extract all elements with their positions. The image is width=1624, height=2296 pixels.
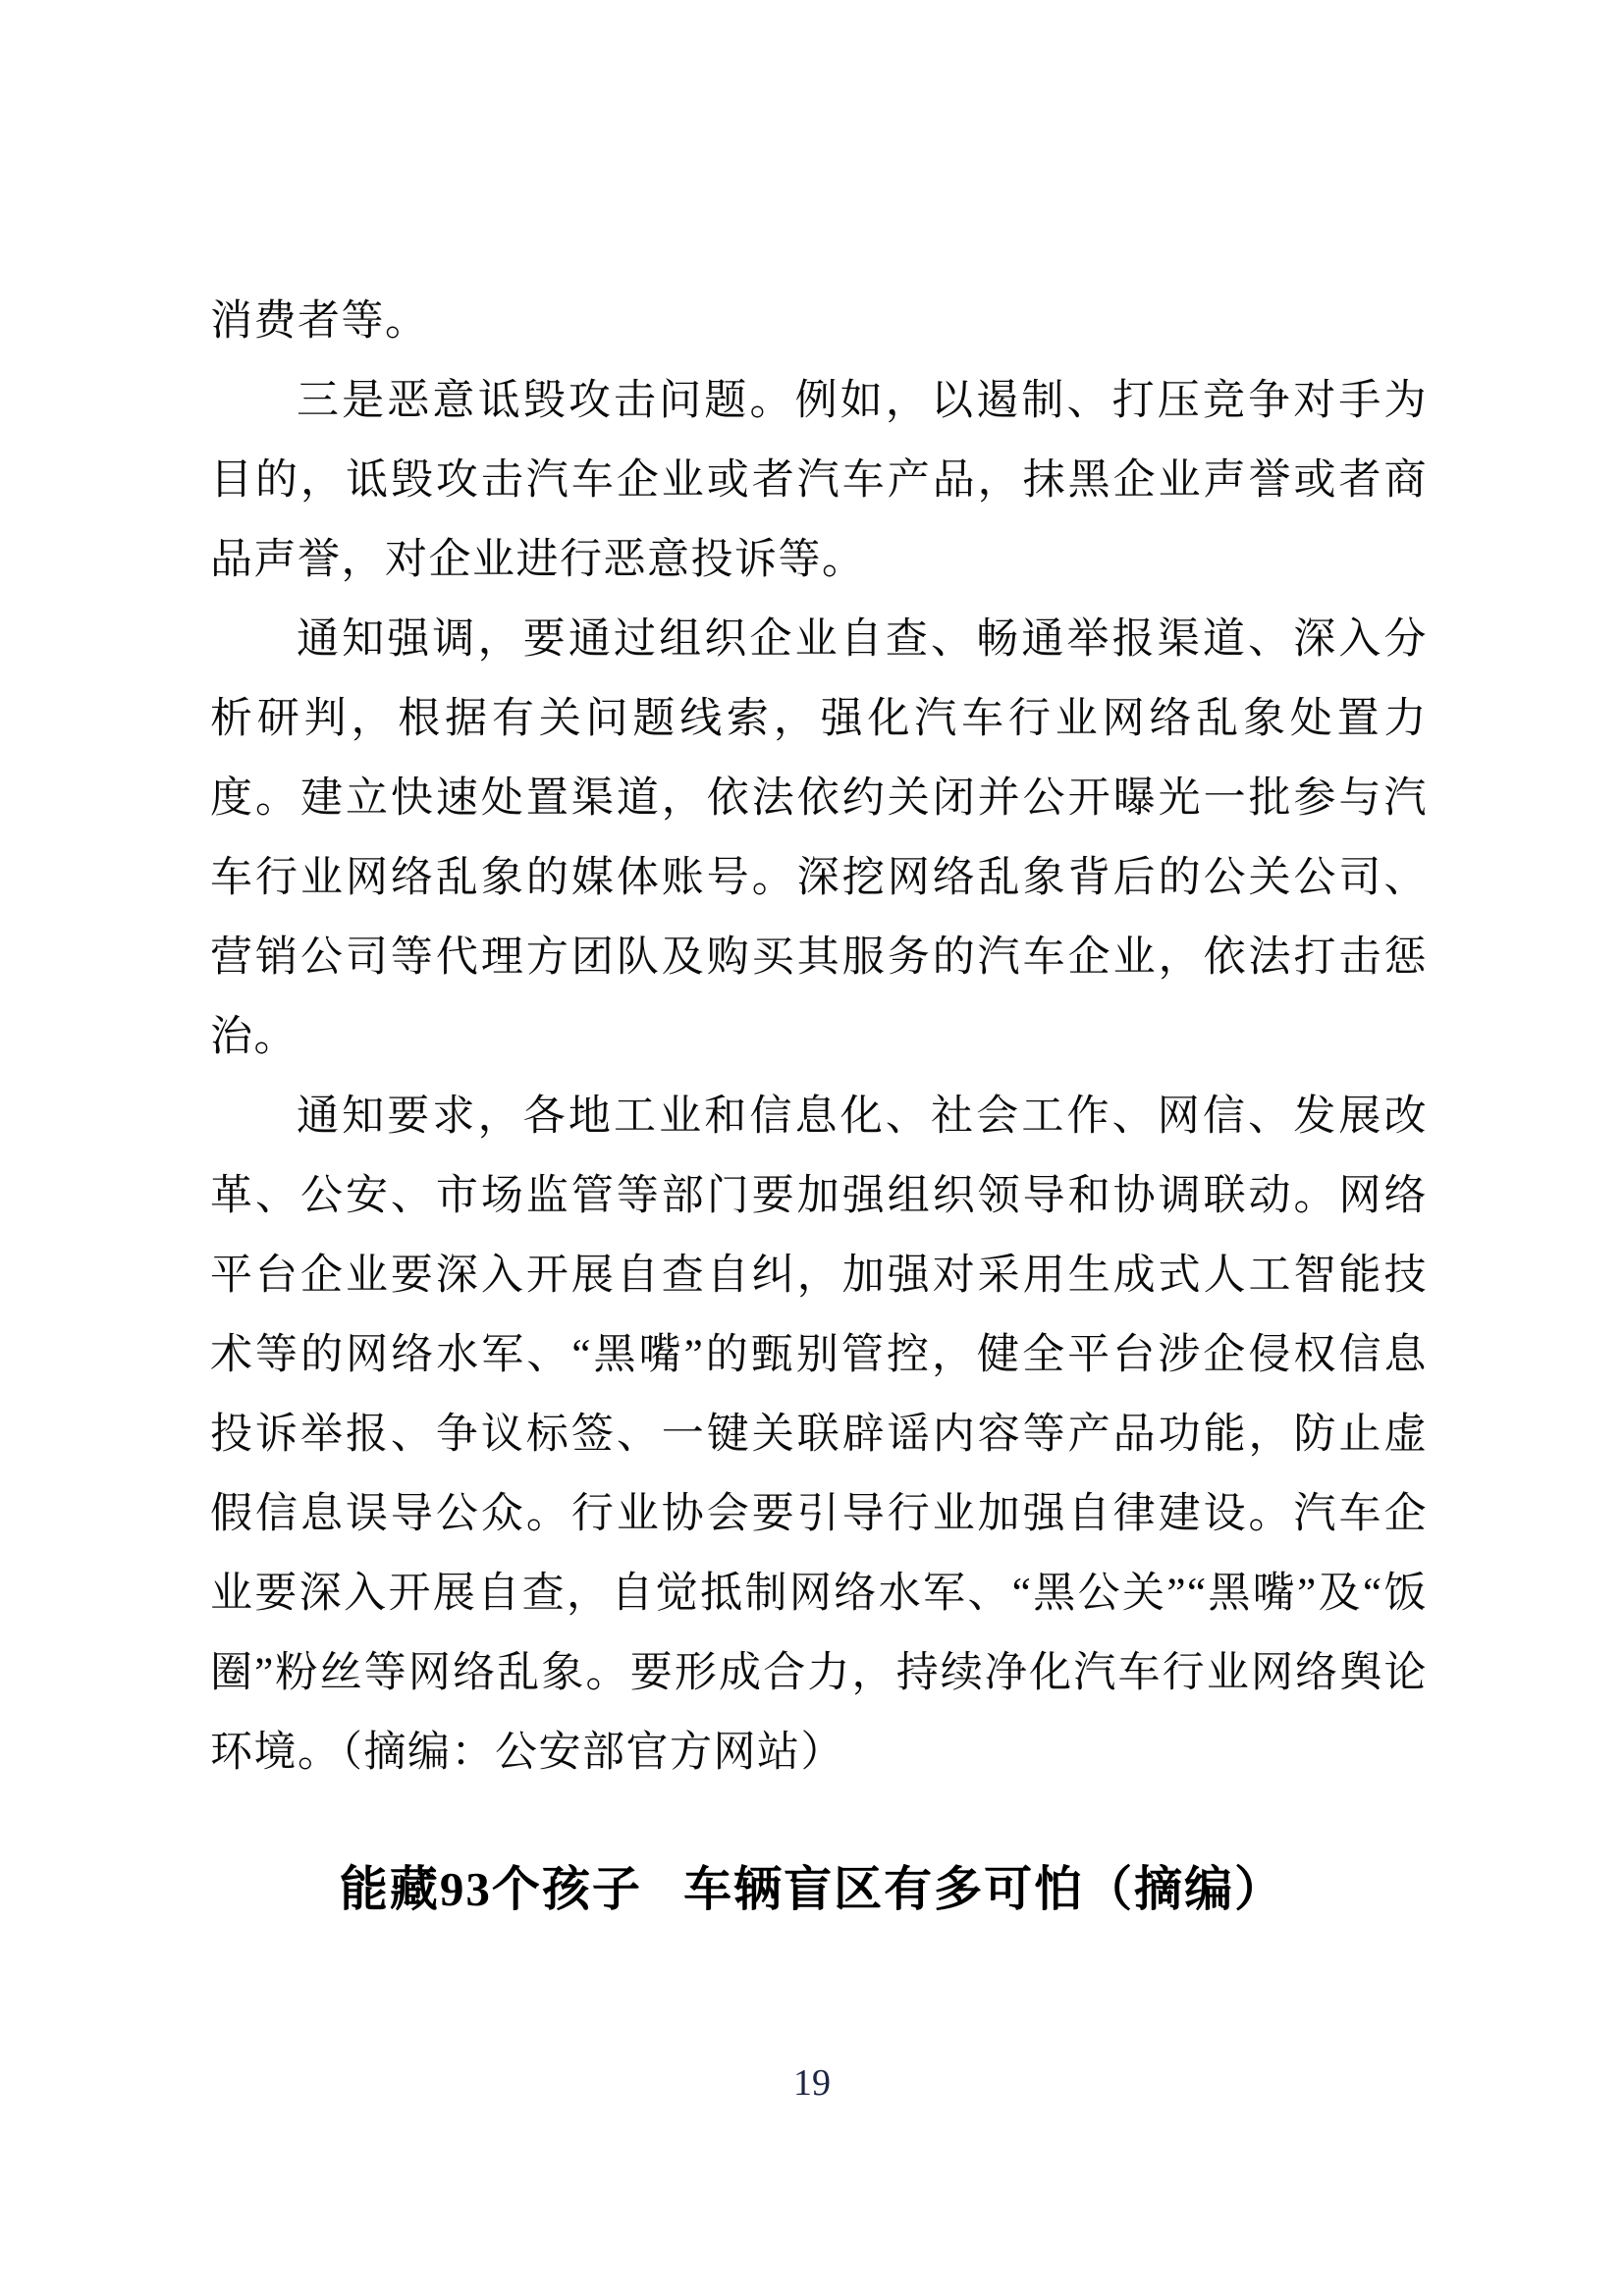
- body-text-block: 消费者等。 三是恶意诋毁攻击问题。例如，以遏制、打压竞争对手为目的，诋毁攻击汽车…: [210, 282, 1428, 1792]
- paragraph-notice-emphasis: 通知强调，要通过组织企业自查、畅通举报渠道、深入分析研判，根据有关问题线索，强化…: [210, 600, 1428, 1077]
- page-number: 19: [0, 2061, 1624, 2105]
- paragraph-notice-requirements: 通知要求，各地工业和信息化、社会工作、网信、发展改革、公安、市场监管等部门要加强…: [210, 1077, 1428, 1792]
- paragraph-continuation: 消费者等。: [210, 282, 1428, 361]
- document-page: 消费者等。 三是恶意诋毁攻击问题。例如，以遏制、打压竞争对手为目的，诋毁攻击汽车…: [0, 0, 1624, 2296]
- paragraph-malicious-attacks: 三是恶意诋毁攻击问题。例如，以遏制、打压竞争对手为目的，诋毁攻击汽车企业或者汽车…: [210, 361, 1428, 600]
- section-heading: 能藏93个孩子 车辆盲区有多可怕（摘编）: [0, 1851, 1624, 1928]
